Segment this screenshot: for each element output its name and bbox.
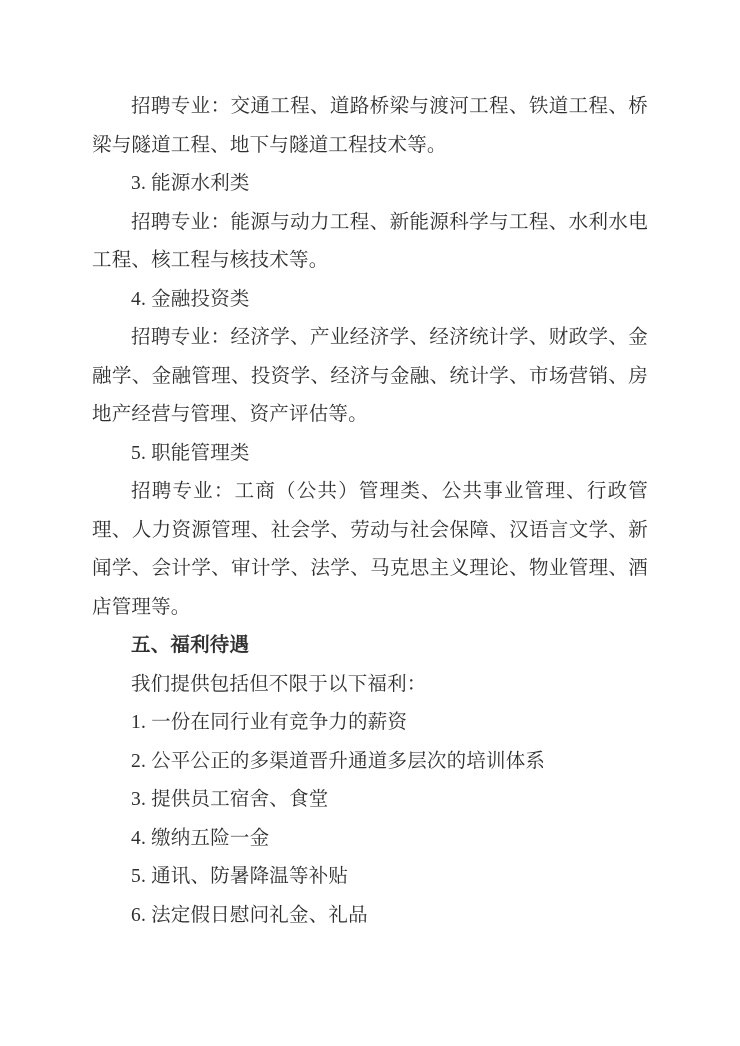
majors-management-paragraph: 招聘专业：工商（公共）管理类、公共事业管理、行政管理、人力资源管理、社会学、劳动…	[92, 473, 648, 627]
category-5-management: 5. 职能管理类	[92, 435, 648, 474]
document-page: 招聘专业：交通工程、道路桥梁与渡河工程、铁道工程、桥梁与隧道工程、地下与隧道工程…	[0, 0, 740, 1046]
category-3-energy-water: 3. 能源水利类	[92, 165, 648, 204]
benefit-item-6: 6. 法定假日慰问礼金、礼品	[92, 897, 648, 936]
section-heading-benefits: 五、福利待遇	[92, 627, 648, 666]
benefit-item-1: 1. 一份在同行业有竞争力的薪资	[92, 704, 648, 743]
majors-finance-paragraph: 招聘专业：经济学、产业经济学、经济统计学、财政学、金融学、金融管理、投资学、经济…	[92, 319, 648, 435]
benefits-intro: 我们提供包括但不限于以下福利：	[92, 666, 648, 705]
majors-transport-paragraph: 招聘专业：交通工程、道路桥梁与渡河工程、铁道工程、桥梁与隧道工程、地下与隧道工程…	[92, 88, 648, 165]
majors-energy-paragraph: 招聘专业：能源与动力工程、新能源科学与工程、水利水电工程、核工程与核技术等。	[92, 204, 648, 281]
benefit-item-4: 4. 缴纳五险一金	[92, 820, 648, 859]
category-4-finance: 4. 金融投资类	[92, 281, 648, 320]
benefit-item-3: 3. 提供员工宿舍、食堂	[92, 781, 648, 820]
benefit-item-2: 2. 公平公正的多渠道晋升通道多层次的培训体系	[92, 743, 648, 782]
benefit-item-5: 5. 通讯、防暑降温等补贴	[92, 858, 648, 897]
